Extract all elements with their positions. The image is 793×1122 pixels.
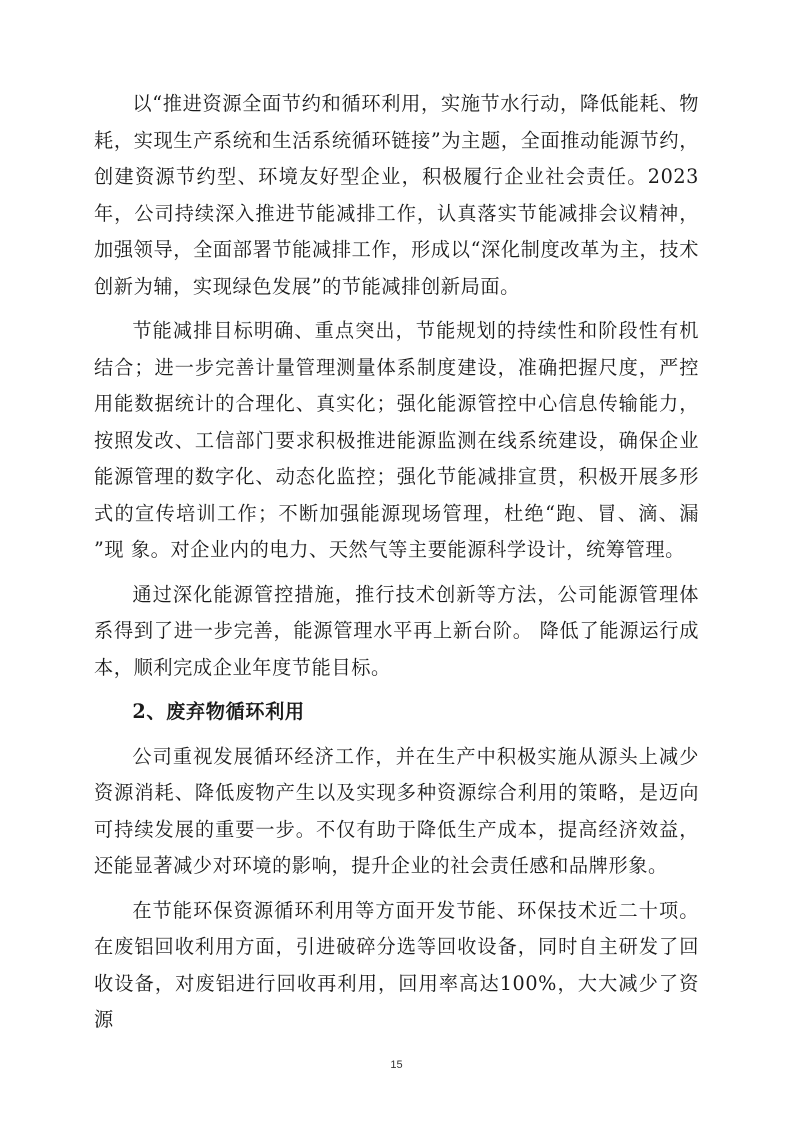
paragraph-energy-saving-theme: 以“推进资源全面节约和循环利用，实施节水行动，降低能耗、物耗，实现生产系统和生活… [94, 86, 699, 305]
paragraph-energy-management-results: 通过深化能源管控措施，推行技术创新等方法，公司能源管理体系得到了进一步完善，能源… [94, 577, 699, 687]
paragraph-aluminum-recycling: 在节能环保资源循环利用等方面开发节能、环保技术近二十项。在废铝回收利用方面，引进… [94, 893, 699, 1039]
paragraph-energy-targets: 节能减排目标明确、重点突出，节能规划的持续性和阶段性有机结合；进一步完善计量管理… [94, 313, 699, 569]
page-number: 15 [0, 1059, 793, 1071]
paragraph-circular-economy: 公司重视发展循环经济工作，并在生产中积极实施从源头上减少资源消耗、降低废物产生以… [94, 739, 699, 885]
document-page: 以“推进资源全面节约和循环利用，实施节水行动，降低能耗、物耗，实现生产系统和生活… [94, 86, 699, 1047]
section-heading-waste-recycling: 2、废弃物循环利用 [94, 694, 699, 731]
